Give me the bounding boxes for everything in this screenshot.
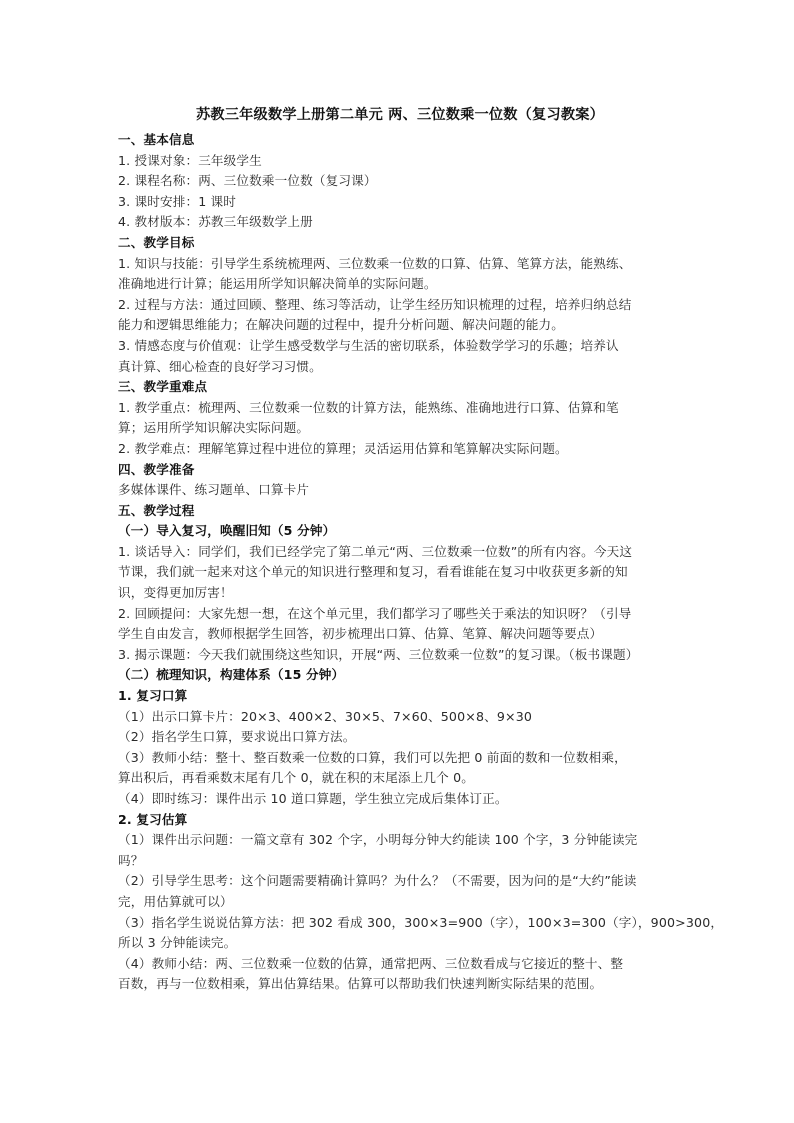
paragraph-line: 2. 过程与方法：通过回顾、整理、练习等活动，让学生经历知识梳理的过程，培养归纳… — [118, 295, 682, 316]
paragraph-line: 算出积后，再看乘数末尾有几个 0，就在积的末尾添上几个 0。 — [118, 768, 682, 789]
paragraph-line: 节课，我们就一起来对这个单元的知识进行整理和复习，看看谁能在复习中收获更多新的知 — [118, 562, 682, 583]
paragraph-line: （1）课件出示问题：一篇文章有 302 个字，小明每分钟大约能读 100 个字，… — [118, 830, 682, 851]
paragraph-line: 识，变得更加厉害！ — [118, 583, 682, 604]
document-title: 苏教三年级数学上册第二单元 两、三位数乘一位数（复习教案） — [118, 104, 682, 126]
topic-heading: 2. 复习估算 — [118, 810, 682, 831]
paragraph-line: （1）出示口算卡片：20×3、400×2、30×5、7×60、500×8、9×3… — [118, 707, 682, 728]
paragraph-line: 真计算、细心检查的良好学习习惯。 — [118, 357, 682, 378]
subsection-heading: （二）梳理知识，构建体系（15 分钟） — [118, 665, 682, 686]
paragraph-line: 2. 回顾提问：大家先想一想，在这个单元里，我们都学习了哪些关于乘法的知识呀？（… — [118, 604, 682, 625]
paragraph-line: 算；运用所学知识解决实际问题。 — [118, 418, 682, 439]
section-heading: 一、基本信息 — [118, 130, 682, 151]
paragraph-line: 2. 课程名称：两、三位数乘一位数（复习课） — [118, 171, 682, 192]
paragraph-line: 1. 教学重点：梳理两、三位数乘一位数的计算方法，能熟练、准确地进行口算、估算和… — [118, 398, 682, 419]
paragraph-line: 所以 3 分钟能读完。 — [118, 933, 682, 954]
document-body: 一、基本信息1. 授课对象：三年级学生2. 课程名称：两、三位数乘一位数（复习课… — [118, 130, 682, 995]
subsection-heading: （一）导入复习，唤醒旧知（5 分钟） — [118, 521, 682, 542]
section-heading: 四、教学准备 — [118, 460, 682, 481]
section-heading: 三、教学重难点 — [118, 377, 682, 398]
paragraph-line: （2）引导学生思考：这个问题需要精确计算吗？为什么？（不需要，因为问的是“大约”… — [118, 871, 682, 892]
paragraph-line: 多媒体课件、练习题单、口算卡片 — [118, 480, 682, 501]
paragraph-line: 4. 教材版本：苏教三年级数学上册 — [118, 212, 682, 233]
document-page: 苏教三年级数学上册第二单元 两、三位数乘一位数（复习教案） 一、基本信息1. 授… — [118, 104, 682, 995]
paragraph-line: 1. 授课对象：三年级学生 — [118, 151, 682, 172]
paragraph-line: （4）即时练习：课件出示 10 道口算题，学生独立完成后集体订正。 — [118, 789, 682, 810]
paragraph-line: 1. 谈话导入：同学们，我们已经学完了第二单元“两、三位数乘一位数”的所有内容。… — [118, 542, 682, 563]
paragraph-line: 3. 情感态度与价值观：让学生感受数学与生活的密切联系，体验数学学习的乐趣；培养… — [118, 336, 682, 357]
paragraph-line: （3）教师小结：整十、整百数乘一位数的口算，我们可以先把 0 前面的数和一位数相… — [118, 748, 682, 769]
paragraph-line: 2. 教学难点：理解笔算过程中进位的算理；灵活运用估算和笔算解决实际问题。 — [118, 439, 682, 460]
paragraph-line: 3. 课时安排：1 课时 — [118, 192, 682, 213]
paragraph-line: 1. 知识与技能：引导学生系统梳理两、三位数乘一位数的口算、估算、笔算方法，能熟… — [118, 254, 682, 275]
paragraph-line: 3. 揭示课题：今天我们就围绕这些知识，开展“两、三位数乘一位数”的复习课。（板… — [118, 645, 682, 666]
paragraph-line: 准确地进行计算；能运用所学知识解决简单的实际问题。 — [118, 274, 682, 295]
paragraph-line: 百数，再与一位数相乘，算出估算结果。估算可以帮助我们快速判断实际结果的范围。 — [118, 974, 682, 995]
paragraph-line: 学生自由发言，教师根据学生回答，初步梳理出口算、估算、笔算、解决问题等要点） — [118, 624, 682, 645]
topic-heading: 1. 复习口算 — [118, 686, 682, 707]
paragraph-line: （4）教师小结：两、三位数乘一位数的估算，通常把两、三位数看成与它接近的整十、整 — [118, 954, 682, 975]
section-heading: 五、教学过程 — [118, 501, 682, 522]
section-heading: 二、教学目标 — [118, 233, 682, 254]
paragraph-line: 吗？ — [118, 851, 682, 872]
paragraph-line: 完，用估算就可以） — [118, 892, 682, 913]
paragraph-line: （2）指名学生口算，要求说出口算方法。 — [118, 727, 682, 748]
paragraph-line: 能力和逻辑思维能力；在解决问题的过程中，提升分析问题、解决问题的能力。 — [118, 315, 682, 336]
paragraph-line: （3）指名学生说说估算方法：把 302 看成 300，300×3=900（字），… — [118, 913, 682, 934]
